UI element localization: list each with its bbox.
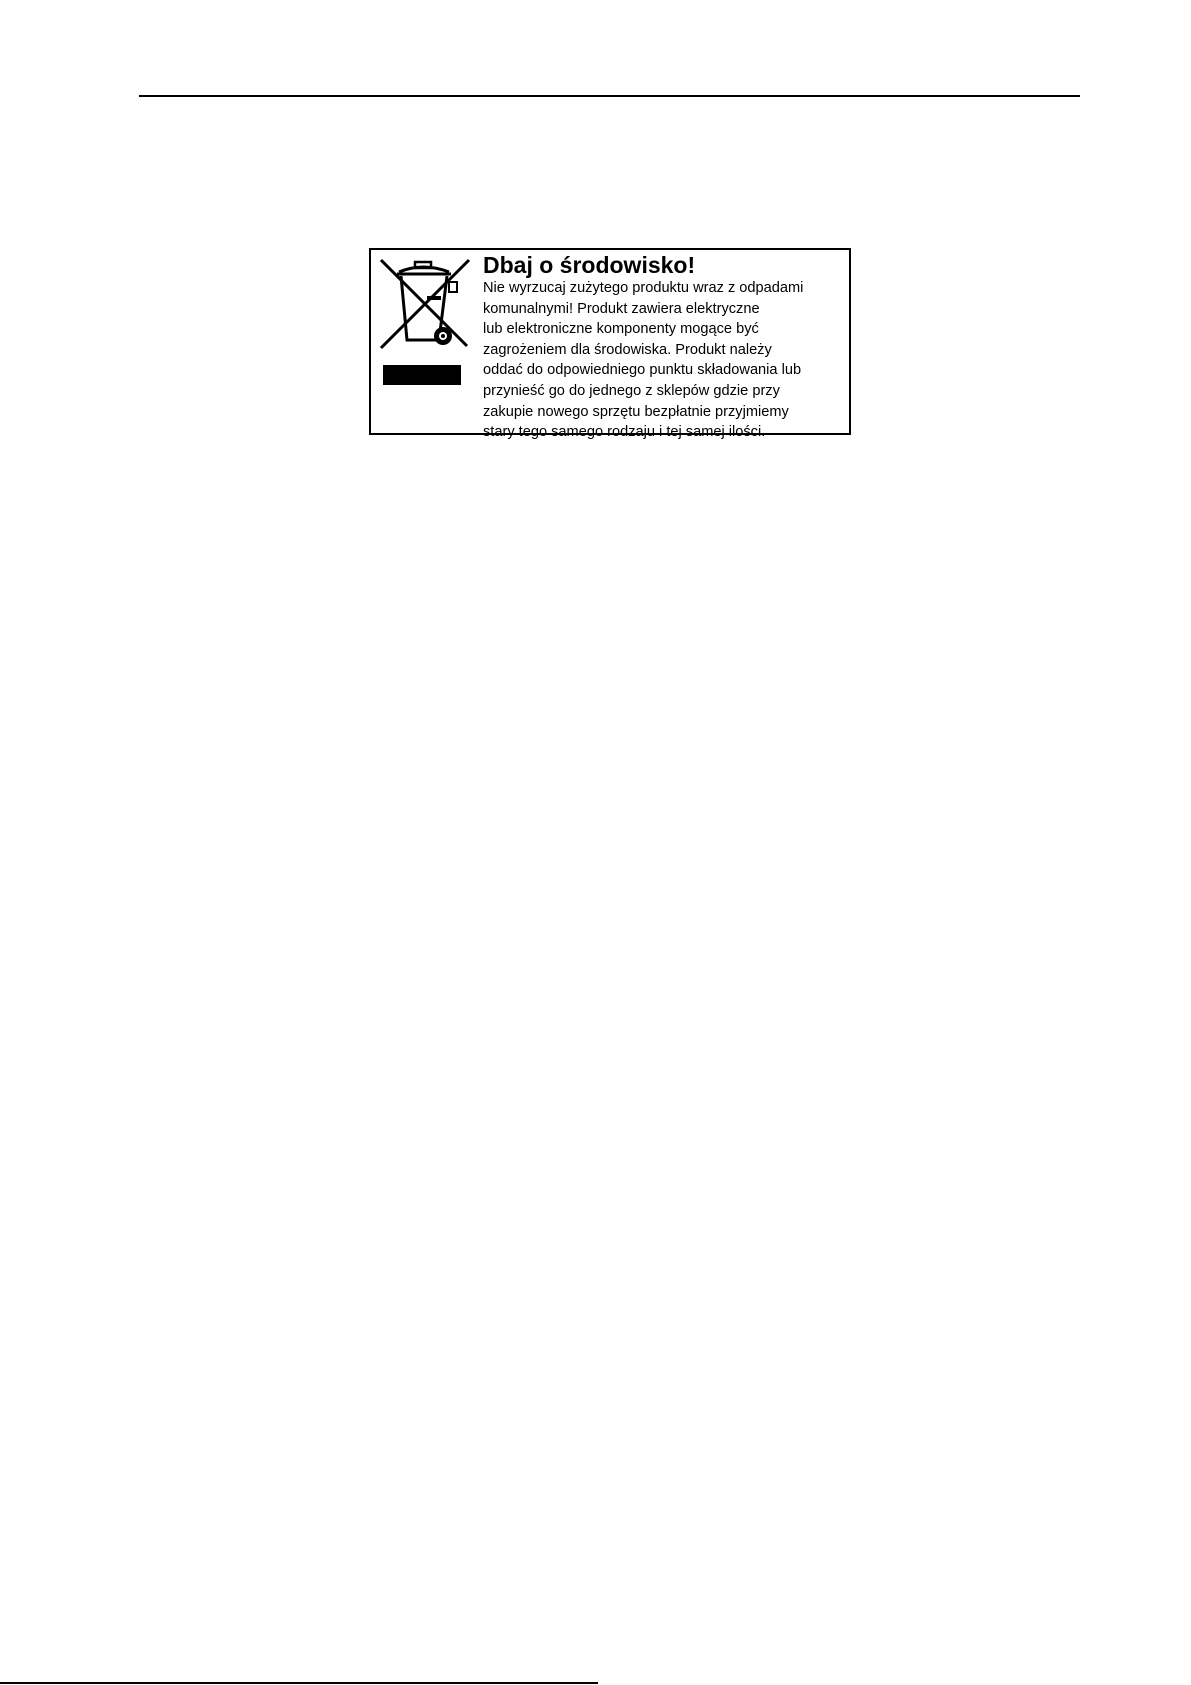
notice-line: stary tego samego rodzaju i tej samej il… bbox=[483, 422, 847, 443]
notice-line: zagrożeniem dla środowiska. Produkt nale… bbox=[483, 340, 847, 361]
notice-line: lub elektroniczne komponenty mogące być bbox=[483, 319, 847, 340]
notice-text: Dbaj o środowisko! Nie wyrzucaj zużytego… bbox=[483, 253, 847, 443]
weee-disposal-notice: Dbaj o środowisko! Nie wyrzucaj zużytego… bbox=[369, 248, 851, 435]
footer-rule bbox=[0, 1682, 598, 1684]
notice-body: Nie wyrzucaj zużytego produktu wraz z od… bbox=[483, 278, 847, 443]
notice-line: zakupie nowego sprzętu bezpłatnie przyjm… bbox=[483, 402, 847, 423]
notice-line: komunalnymi! Produkt zawiera elektryczne bbox=[483, 299, 847, 320]
weee-black-bar bbox=[383, 365, 461, 385]
crossed-out-wheelie-bin-icon bbox=[377, 256, 473, 356]
notice-line: oddać do odpowiedniego punktu składowani… bbox=[483, 360, 847, 381]
notice-line: przynieść go do jednego z sklepów gdzie … bbox=[483, 381, 847, 402]
notice-title: Dbaj o środowisko! bbox=[483, 253, 847, 278]
notice-line: Nie wyrzucaj zużytego produktu wraz z od… bbox=[483, 278, 847, 299]
header-rule bbox=[139, 95, 1080, 97]
